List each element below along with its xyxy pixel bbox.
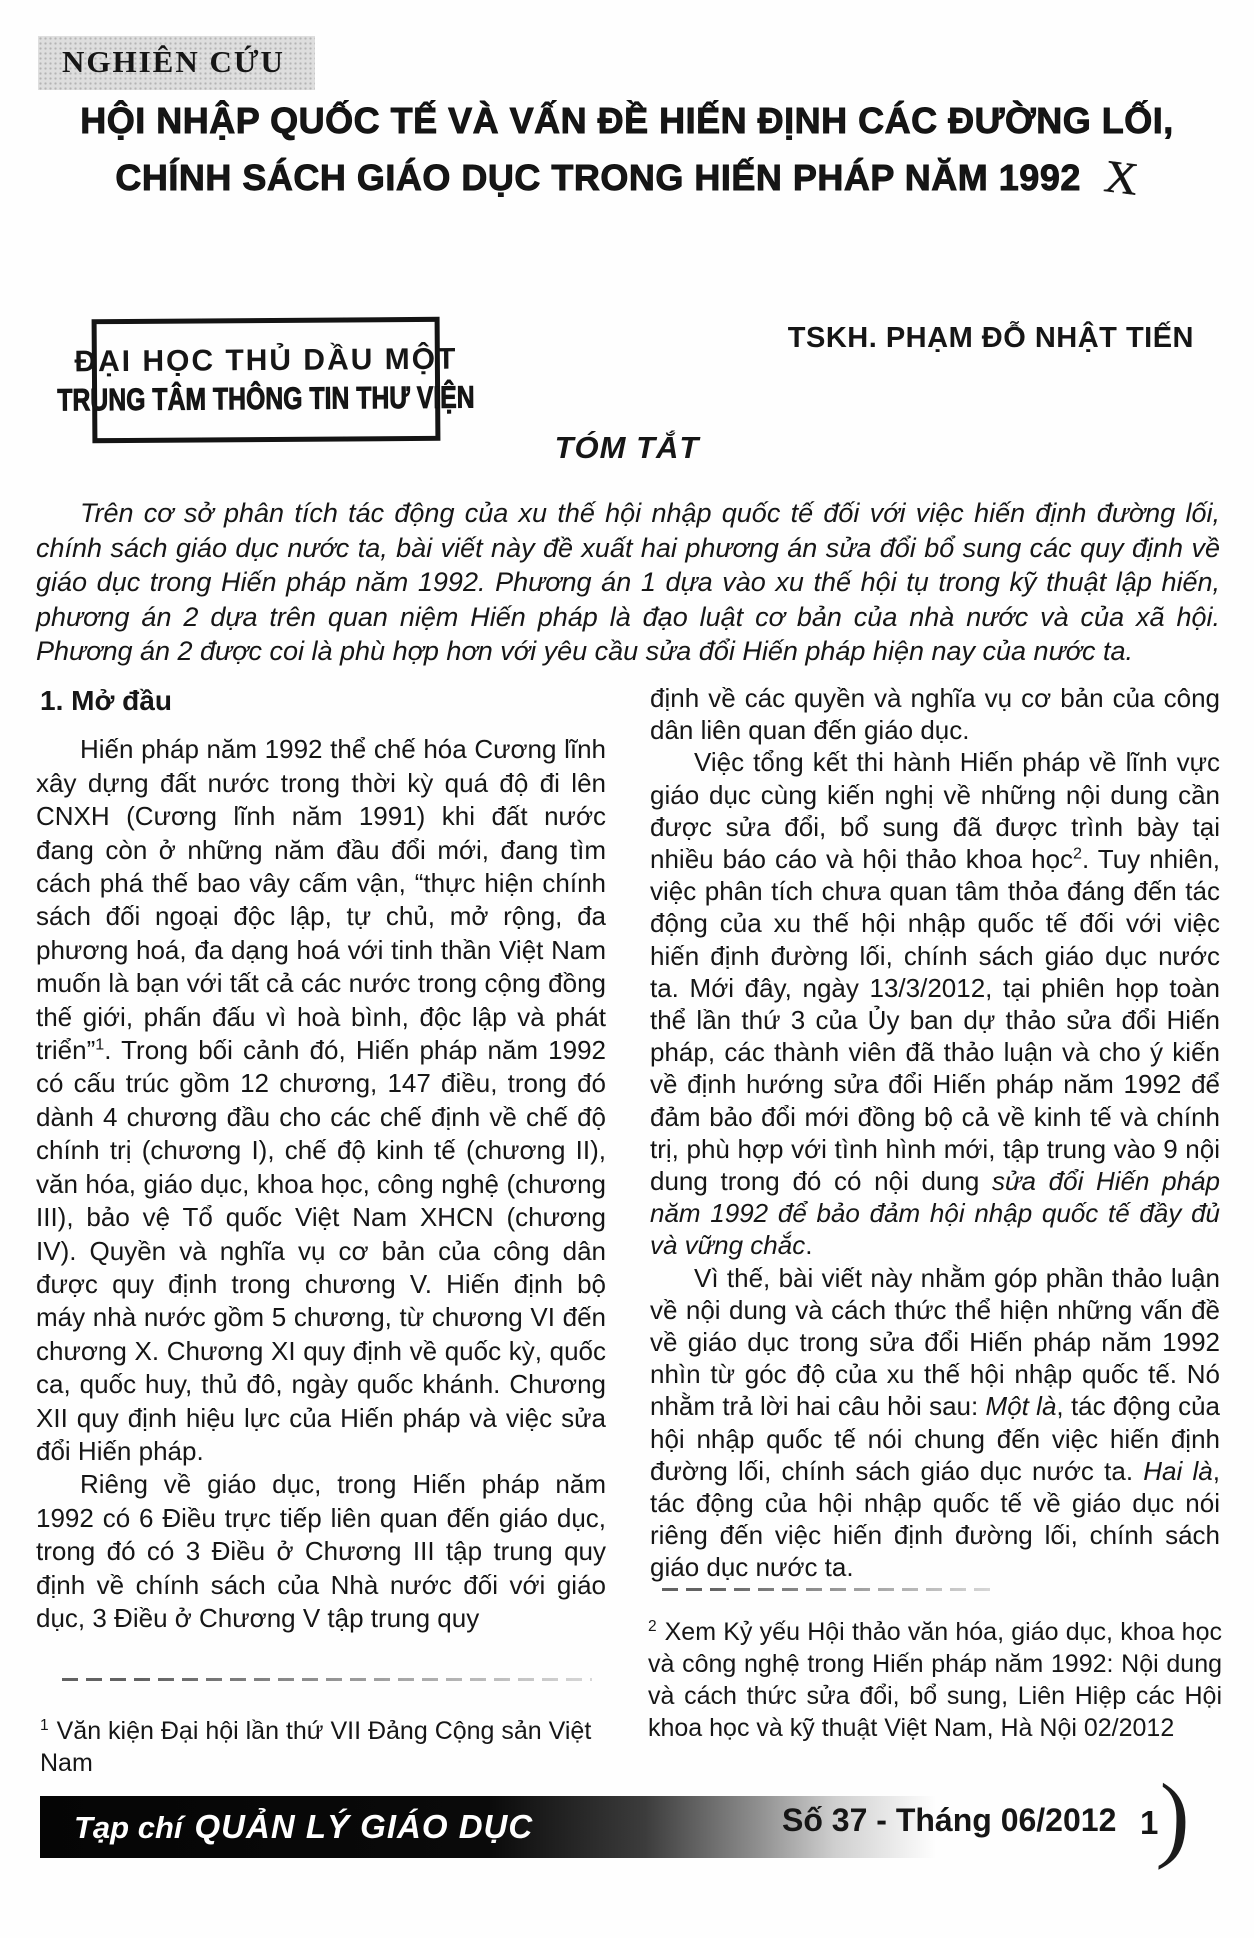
right-paragraph-2-end: . <box>805 1230 812 1260</box>
right-paragraph-3: Vì thế, bài viết này nhằm góp phần thảo … <box>650 1262 1220 1584</box>
right-paragraph-2-middle: . Tuy nhiên, việc phân tích chưa quan tâ… <box>650 844 1220 1196</box>
footnote-2-reference: 2 <box>1073 844 1082 862</box>
stamp-library-name: TRUNG TÂM THÔNG TIN THƯ VIỆN <box>57 379 475 418</box>
footnote-separator-right <box>662 1588 992 1591</box>
abstract-heading: TÓM TẮT <box>0 430 1254 466</box>
abstract-text: Trên cơ sở phân tích tác động của xu thế… <box>36 496 1220 669</box>
right-paragraph-3-italic-one: Một là <box>986 1391 1057 1421</box>
page-number: 1 <box>1140 1804 1158 1842</box>
footer-issue-label: Số 37 - Tháng 06/2012 <box>782 1802 1116 1839</box>
article-title-line1: HỘI NHẬP QUỐC TẾ VÀ VẤN ĐỀ HIẾN ĐỊNH CÁC… <box>40 94 1214 148</box>
stamp-university-name: ĐẠI HỌC THỦ DẦU MỘT <box>74 342 457 379</box>
handwritten-x-mark: X <box>1101 149 1141 207</box>
footnote-2: 2Xem Kỷ yếu Hội thảo văn hóa, giáo dục, … <box>648 1616 1222 1744</box>
right-paragraph-1: định về các quyền và nghĩa vụ cơ bản của… <box>650 682 1220 746</box>
left-paragraph-1: Hiến pháp năm 1992 thể chế hóa Cương lĩn… <box>36 733 606 1468</box>
section-1-heading: 1. Mở đầu <box>40 684 606 717</box>
left-paragraph-1-text: Hiến pháp năm 1992 thể chế hóa Cương lĩn… <box>36 734 606 1065</box>
page-number-paren-mark: ) <box>1155 1761 1193 1874</box>
scanned-journal-page: NGHIÊN CỨU HỘI NHẬP QUỐC TẾ VÀ VẤN ĐỀ HI… <box>0 0 1254 1938</box>
footnote-1-marker: 1 <box>40 1717 49 1734</box>
left-paragraph-2: Riêng về giáo dục, trong Hiến pháp năm 1… <box>36 1468 606 1635</box>
footer-journal-name: QUẢN LÝ GIÁO DỤC <box>195 1808 534 1845</box>
right-paragraph-2: Việc tổng kết thi hành Hiến pháp về lĩnh… <box>650 746 1220 1261</box>
footnote-1-reference: 1 <box>95 1035 104 1053</box>
footer-journal-title: Tạp chíQUẢN LÝ GIÁO DỤC <box>74 1808 533 1846</box>
body-columns: 1. Mở đầu Hiến pháp năm 1992 thể chế hóa… <box>36 682 1220 1635</box>
right-column: định về các quyền và nghĩa vụ cơ bản của… <box>650 682 1220 1635</box>
article-title-line2-text: CHÍNH SÁCH GIÁO DỤC TRONG HIẾN PHÁP NĂM … <box>115 157 1080 198</box>
footnote-2-marker: 2 <box>648 1618 657 1635</box>
article-title-line2: CHÍNH SÁCH GIÁO DỤC TRONG HIẾN PHÁP NĂM … <box>40 148 1214 205</box>
left-paragraph-1-continued: . Trong bối cảnh đó, Hiến pháp năm 1992 … <box>36 1035 606 1466</box>
left-column: 1. Mở đầu Hiến pháp năm 1992 thể chế hóa… <box>36 682 606 1635</box>
library-stamp-box: ĐẠI HỌC THỦ DẦU MỘT TRUNG TÂM THÔNG TIN … <box>92 317 441 443</box>
section-kicker-label: NGHIÊN CỨU <box>38 36 315 90</box>
footnote-2-text: Xem Kỷ yếu Hội thảo văn hóa, giáo dục, k… <box>648 1618 1222 1742</box>
footer-journal-prefix: Tạp chí <box>74 1810 183 1845</box>
author-name: TSKH. PHẠM ĐỖ NHẬT TIẾN <box>788 322 1194 355</box>
footnote-separator-left <box>62 1678 592 1681</box>
footnote-1-text: Văn kiện Đại hội lần thứ VII Đảng Cộng s… <box>40 1717 591 1777</box>
footnote-1: 1Văn kiện Đại hội lần thứ VII Đảng Cộng … <box>40 1716 606 1779</box>
right-paragraph-3-italic-two: Hai là <box>1143 1456 1212 1486</box>
article-title: HỘI NHẬP QUỐC TẾ VÀ VẤN ĐỀ HIẾN ĐỊNH CÁC… <box>40 94 1214 205</box>
